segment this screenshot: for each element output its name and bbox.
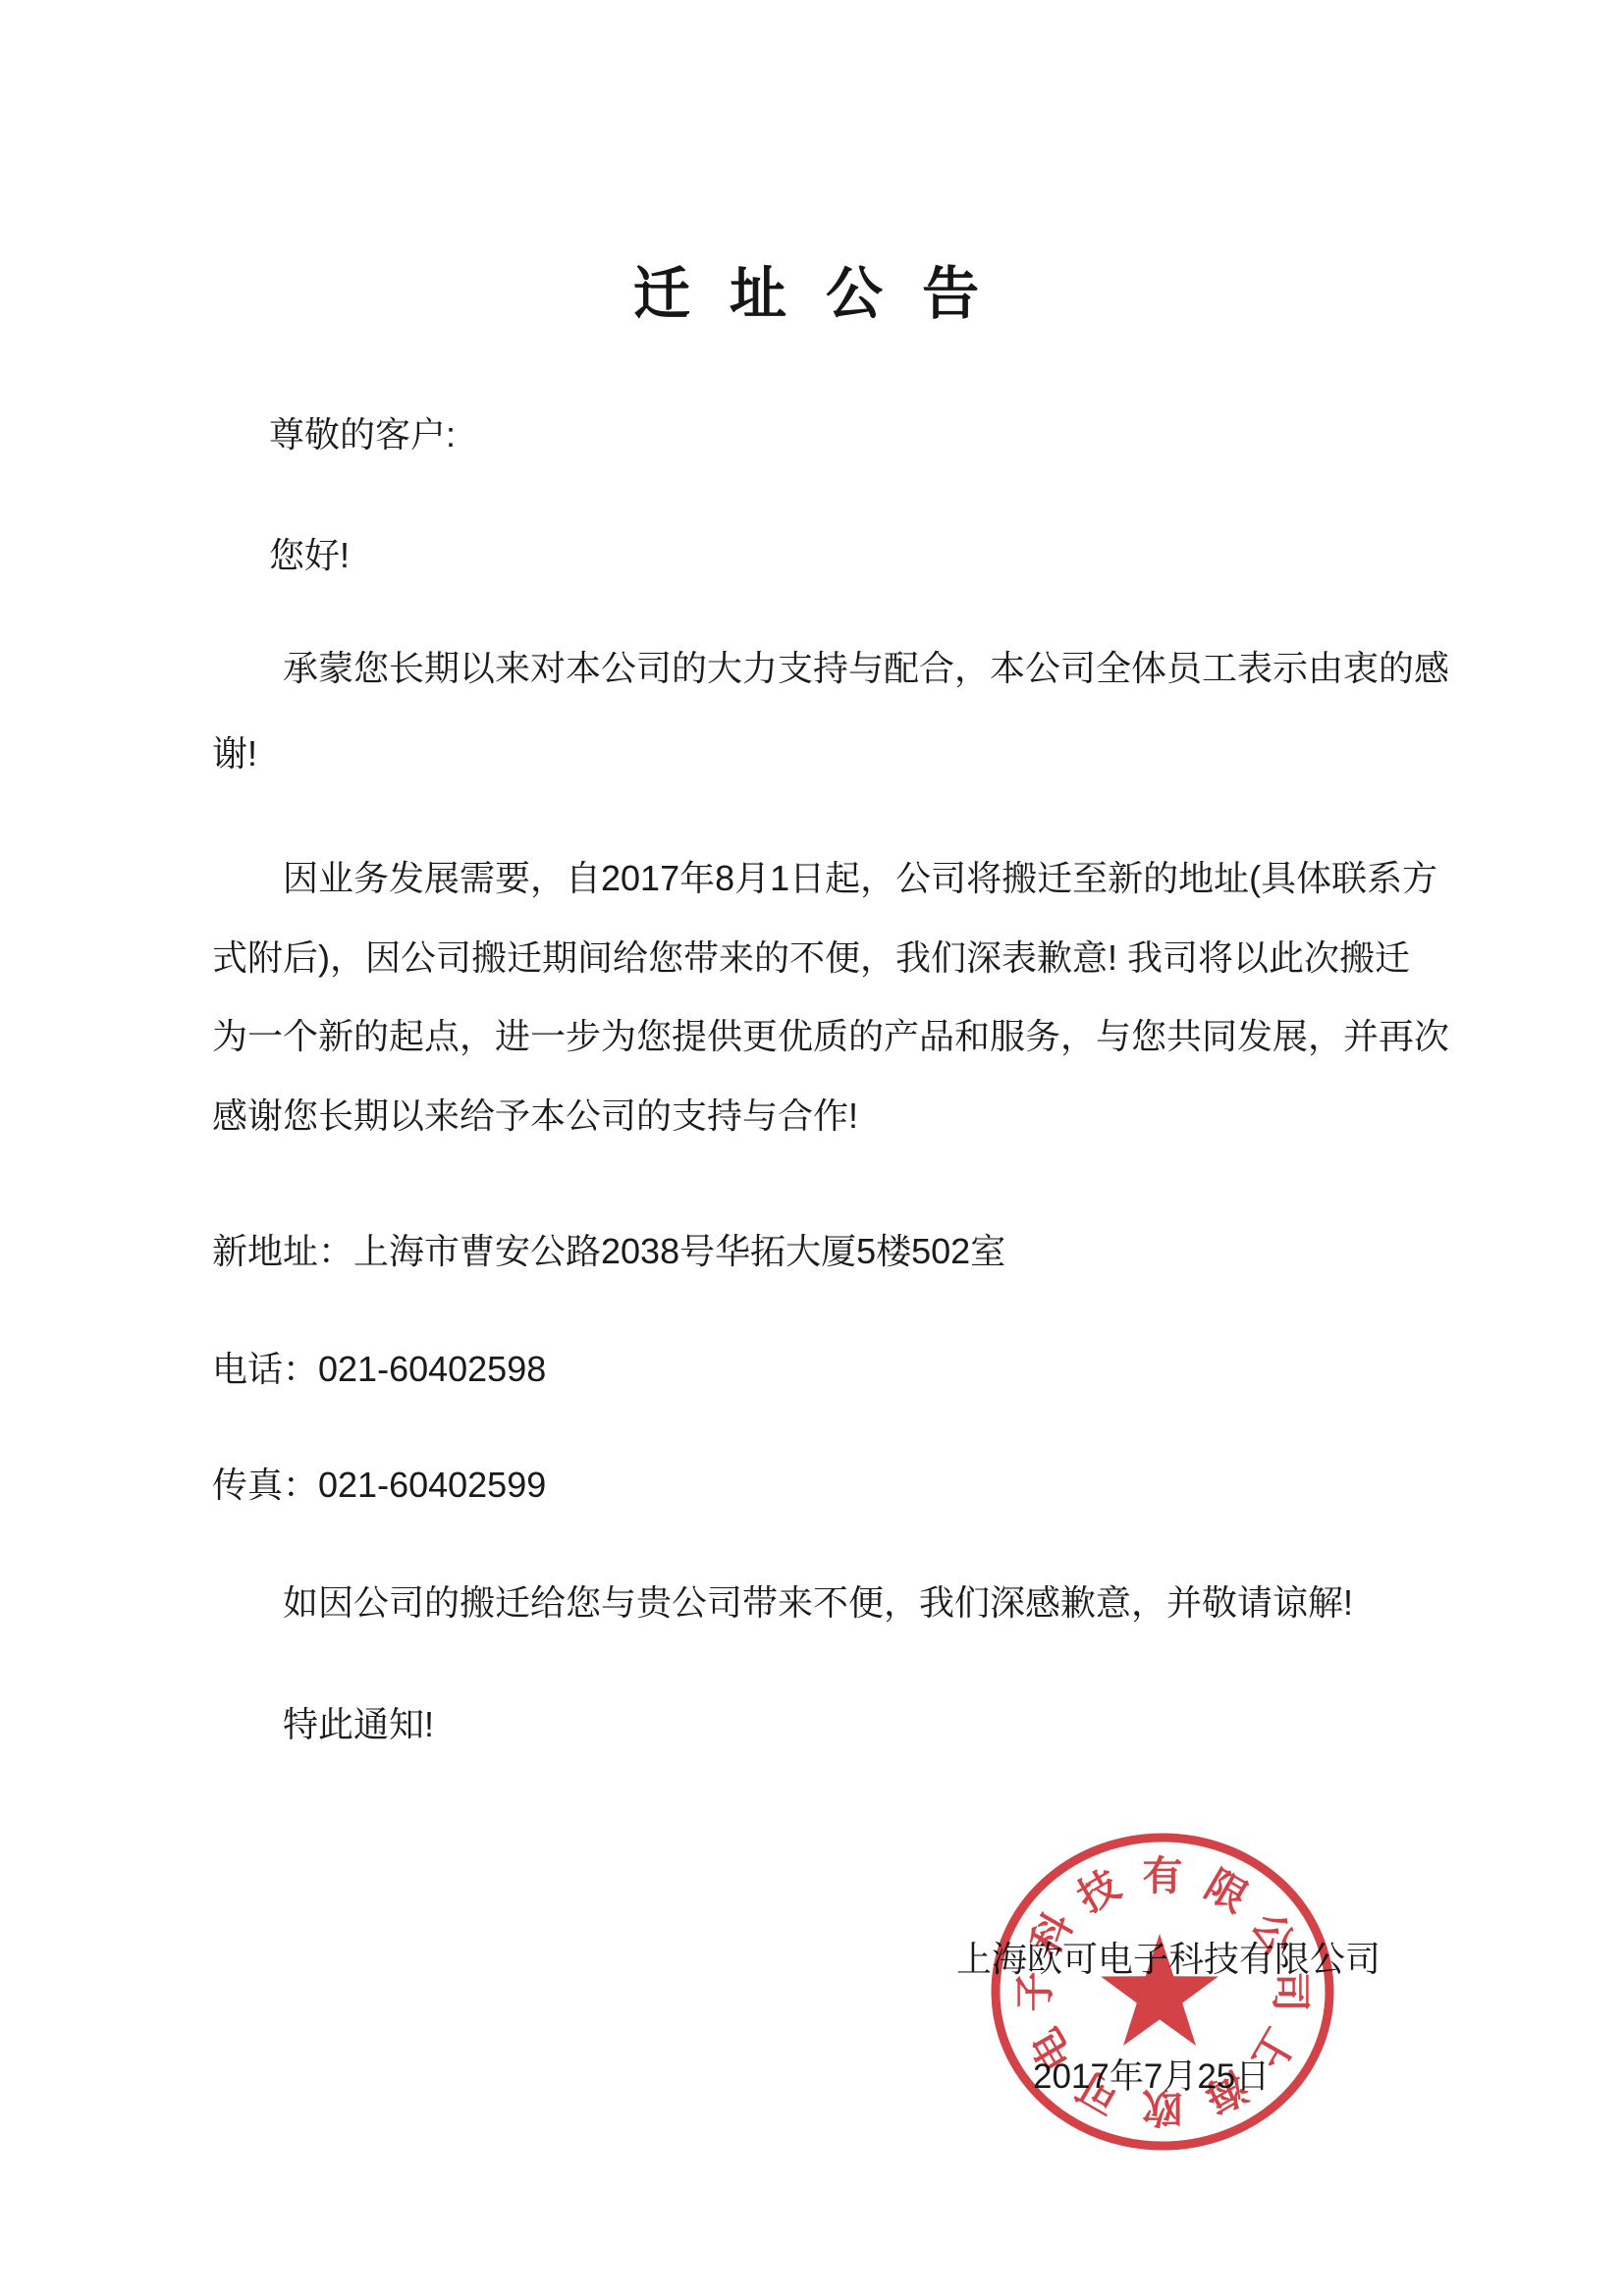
seal-character: 有 [1143, 1853, 1183, 1898]
seal-character: 海 [1198, 2062, 1256, 2121]
paragraph2-line3: 为一个新的起点，进一步为您提供更优质的产品和服务，与您共同发展，并再次 [212, 1014, 1449, 1058]
seal-character: 科 [1022, 1905, 1081, 1963]
paragraph2-line4: 感谢您长期以来给予本公司的支持与合作! [212, 1094, 858, 1138]
notice-line: 特此通知! [283, 1702, 434, 1746]
seal-character: 上 [1243, 2021, 1302, 2079]
paragraph1-line1: 承蒙您长期以来对本公司的大力支持与配合，本公司全体员工表示由衷的感 [283, 646, 1449, 690]
paragraph2-line2: 式附后)，因公司搬迁期间给您带来的不便，我们深表歉意! 我司将以此次搬迁 [212, 935, 1410, 980]
phone-value: 021-60402598 [318, 1349, 546, 1389]
seal-character: 司 [1268, 1972, 1313, 2012]
paragraph2-line1: 因业务发展需要，自2017年8月1日起，公司将搬迁至新的地址(具体联系方 [283, 856, 1437, 900]
seal-character: 限 [1198, 1862, 1256, 1921]
fax-value: 021-60402599 [318, 1465, 546, 1505]
phone-line: 电话：021-60402598 [212, 1347, 546, 1391]
seal-character: 技 [1070, 1862, 1128, 1921]
seal-character: 电 [1022, 2021, 1081, 2079]
phone-label: 电话： [212, 1349, 318, 1389]
company-seal: 上海欧可电子科技有限公司 [985, 1816, 1342, 2173]
seal-character: 欧 [1143, 2085, 1183, 2130]
seal-character: 公 [1243, 1905, 1302, 1963]
seal-character: 子 [1012, 1972, 1057, 2012]
red-star-icon [1101, 1934, 1218, 2046]
fax-line: 传真：021-60402599 [212, 1463, 546, 1507]
new-address-value: 上海市曹安公路2038号华拓大厦5楼502室 [353, 1231, 1005, 1271]
document-title: 迁 址 公 告 [0, 247, 1624, 330]
new-address-line: 新地址：上海市曹安公路2038号华拓大厦5楼502室 [212, 1229, 1005, 1273]
seal-character: 可 [1070, 2062, 1128, 2121]
paragraph1-line2: 谢! [212, 731, 257, 775]
greeting: 您好! [269, 533, 350, 577]
salutation: 尊敬的客户: [269, 412, 456, 456]
relocation-notice-page: 迁 址 公 告 尊敬的客户: 您好! 承蒙您长期以来对本公司的大力支持与配合，本… [0, 0, 1624, 2296]
apology-line: 如因公司的搬迁给您与贵公司带来不便，我们深感歉意，并敬请谅解! [283, 1580, 1353, 1625]
fax-label: 传真： [212, 1465, 318, 1505]
new-address-label: 新地址： [212, 1231, 353, 1271]
